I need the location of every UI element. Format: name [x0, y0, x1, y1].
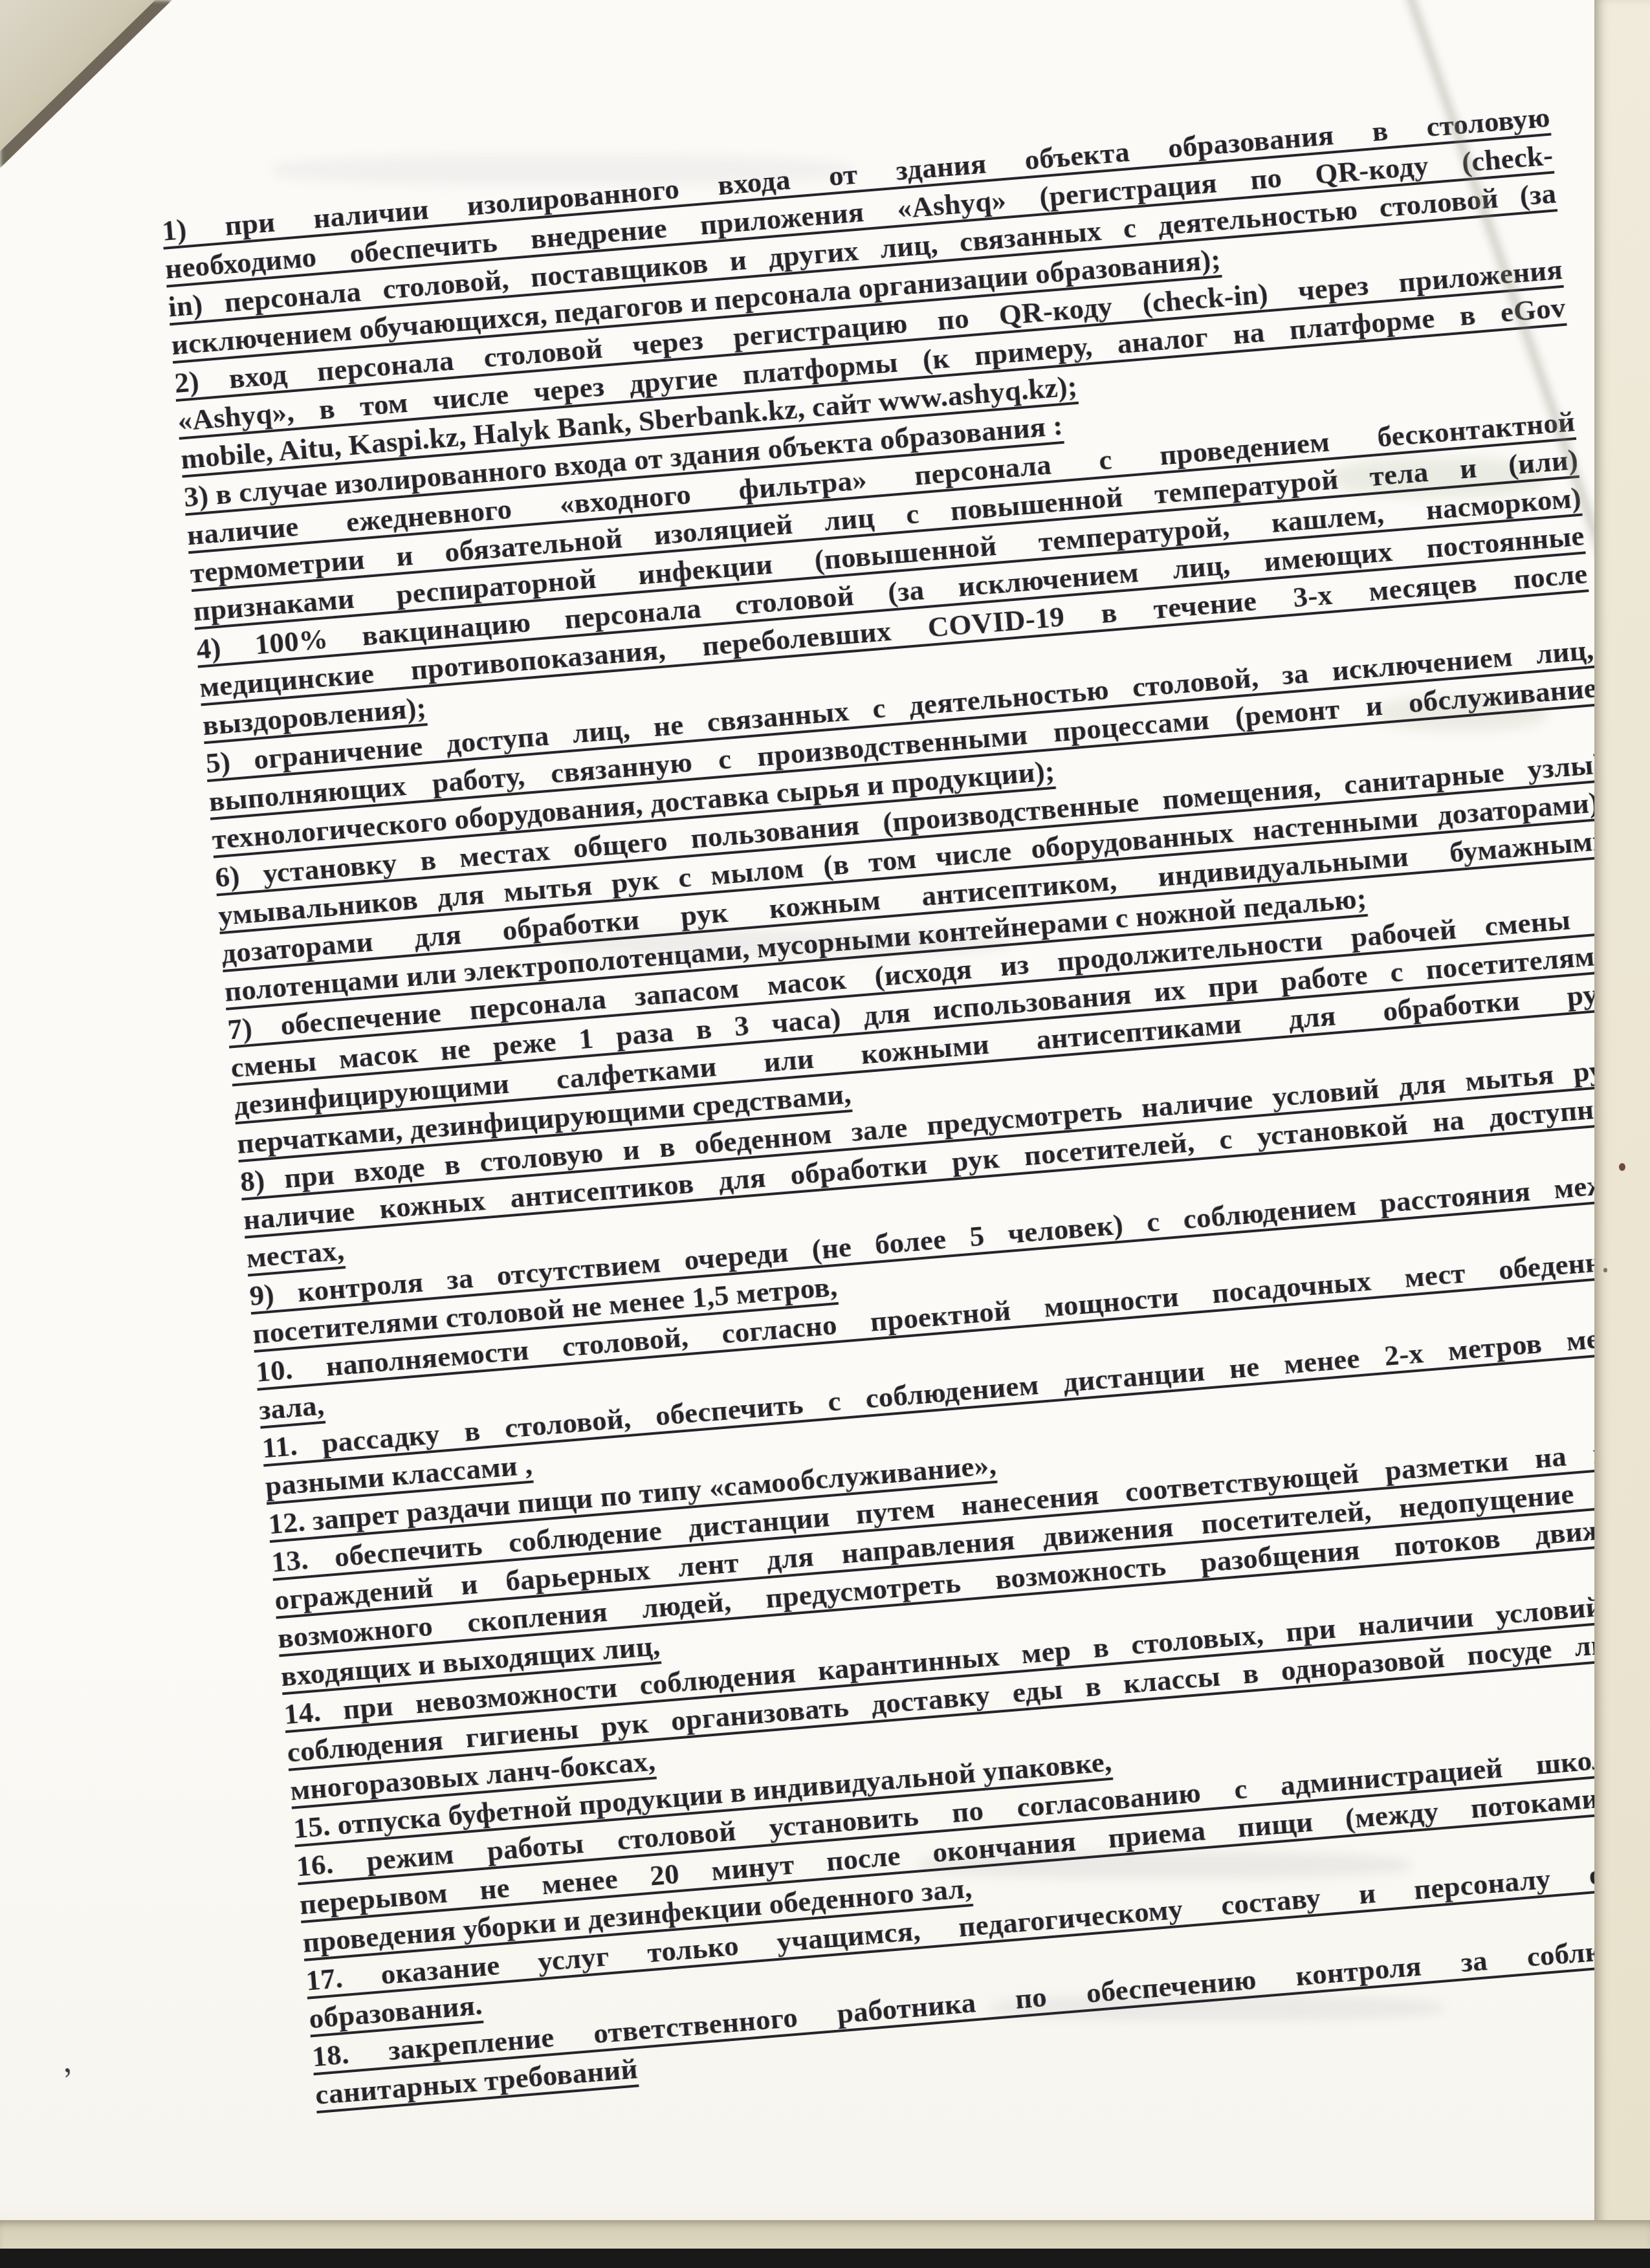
- stray-pen-mark: ’: [60, 2060, 78, 2100]
- scanner-background-strip: [1594, 0, 1650, 2233]
- scanned-page: 1) при наличии изолированного входа от з…: [0, 0, 1650, 2268]
- document-text-block: 1) при наличии изолированного входа от з…: [160, 98, 1650, 2114]
- scan-speck: [1619, 1163, 1625, 1171]
- scanner-bed-strip: [0, 2220, 1650, 2249]
- folded-corner: [0, 0, 155, 151]
- scan-speck: [1603, 1268, 1607, 1272]
- scan-bottom-bar: [0, 2249, 1650, 2268]
